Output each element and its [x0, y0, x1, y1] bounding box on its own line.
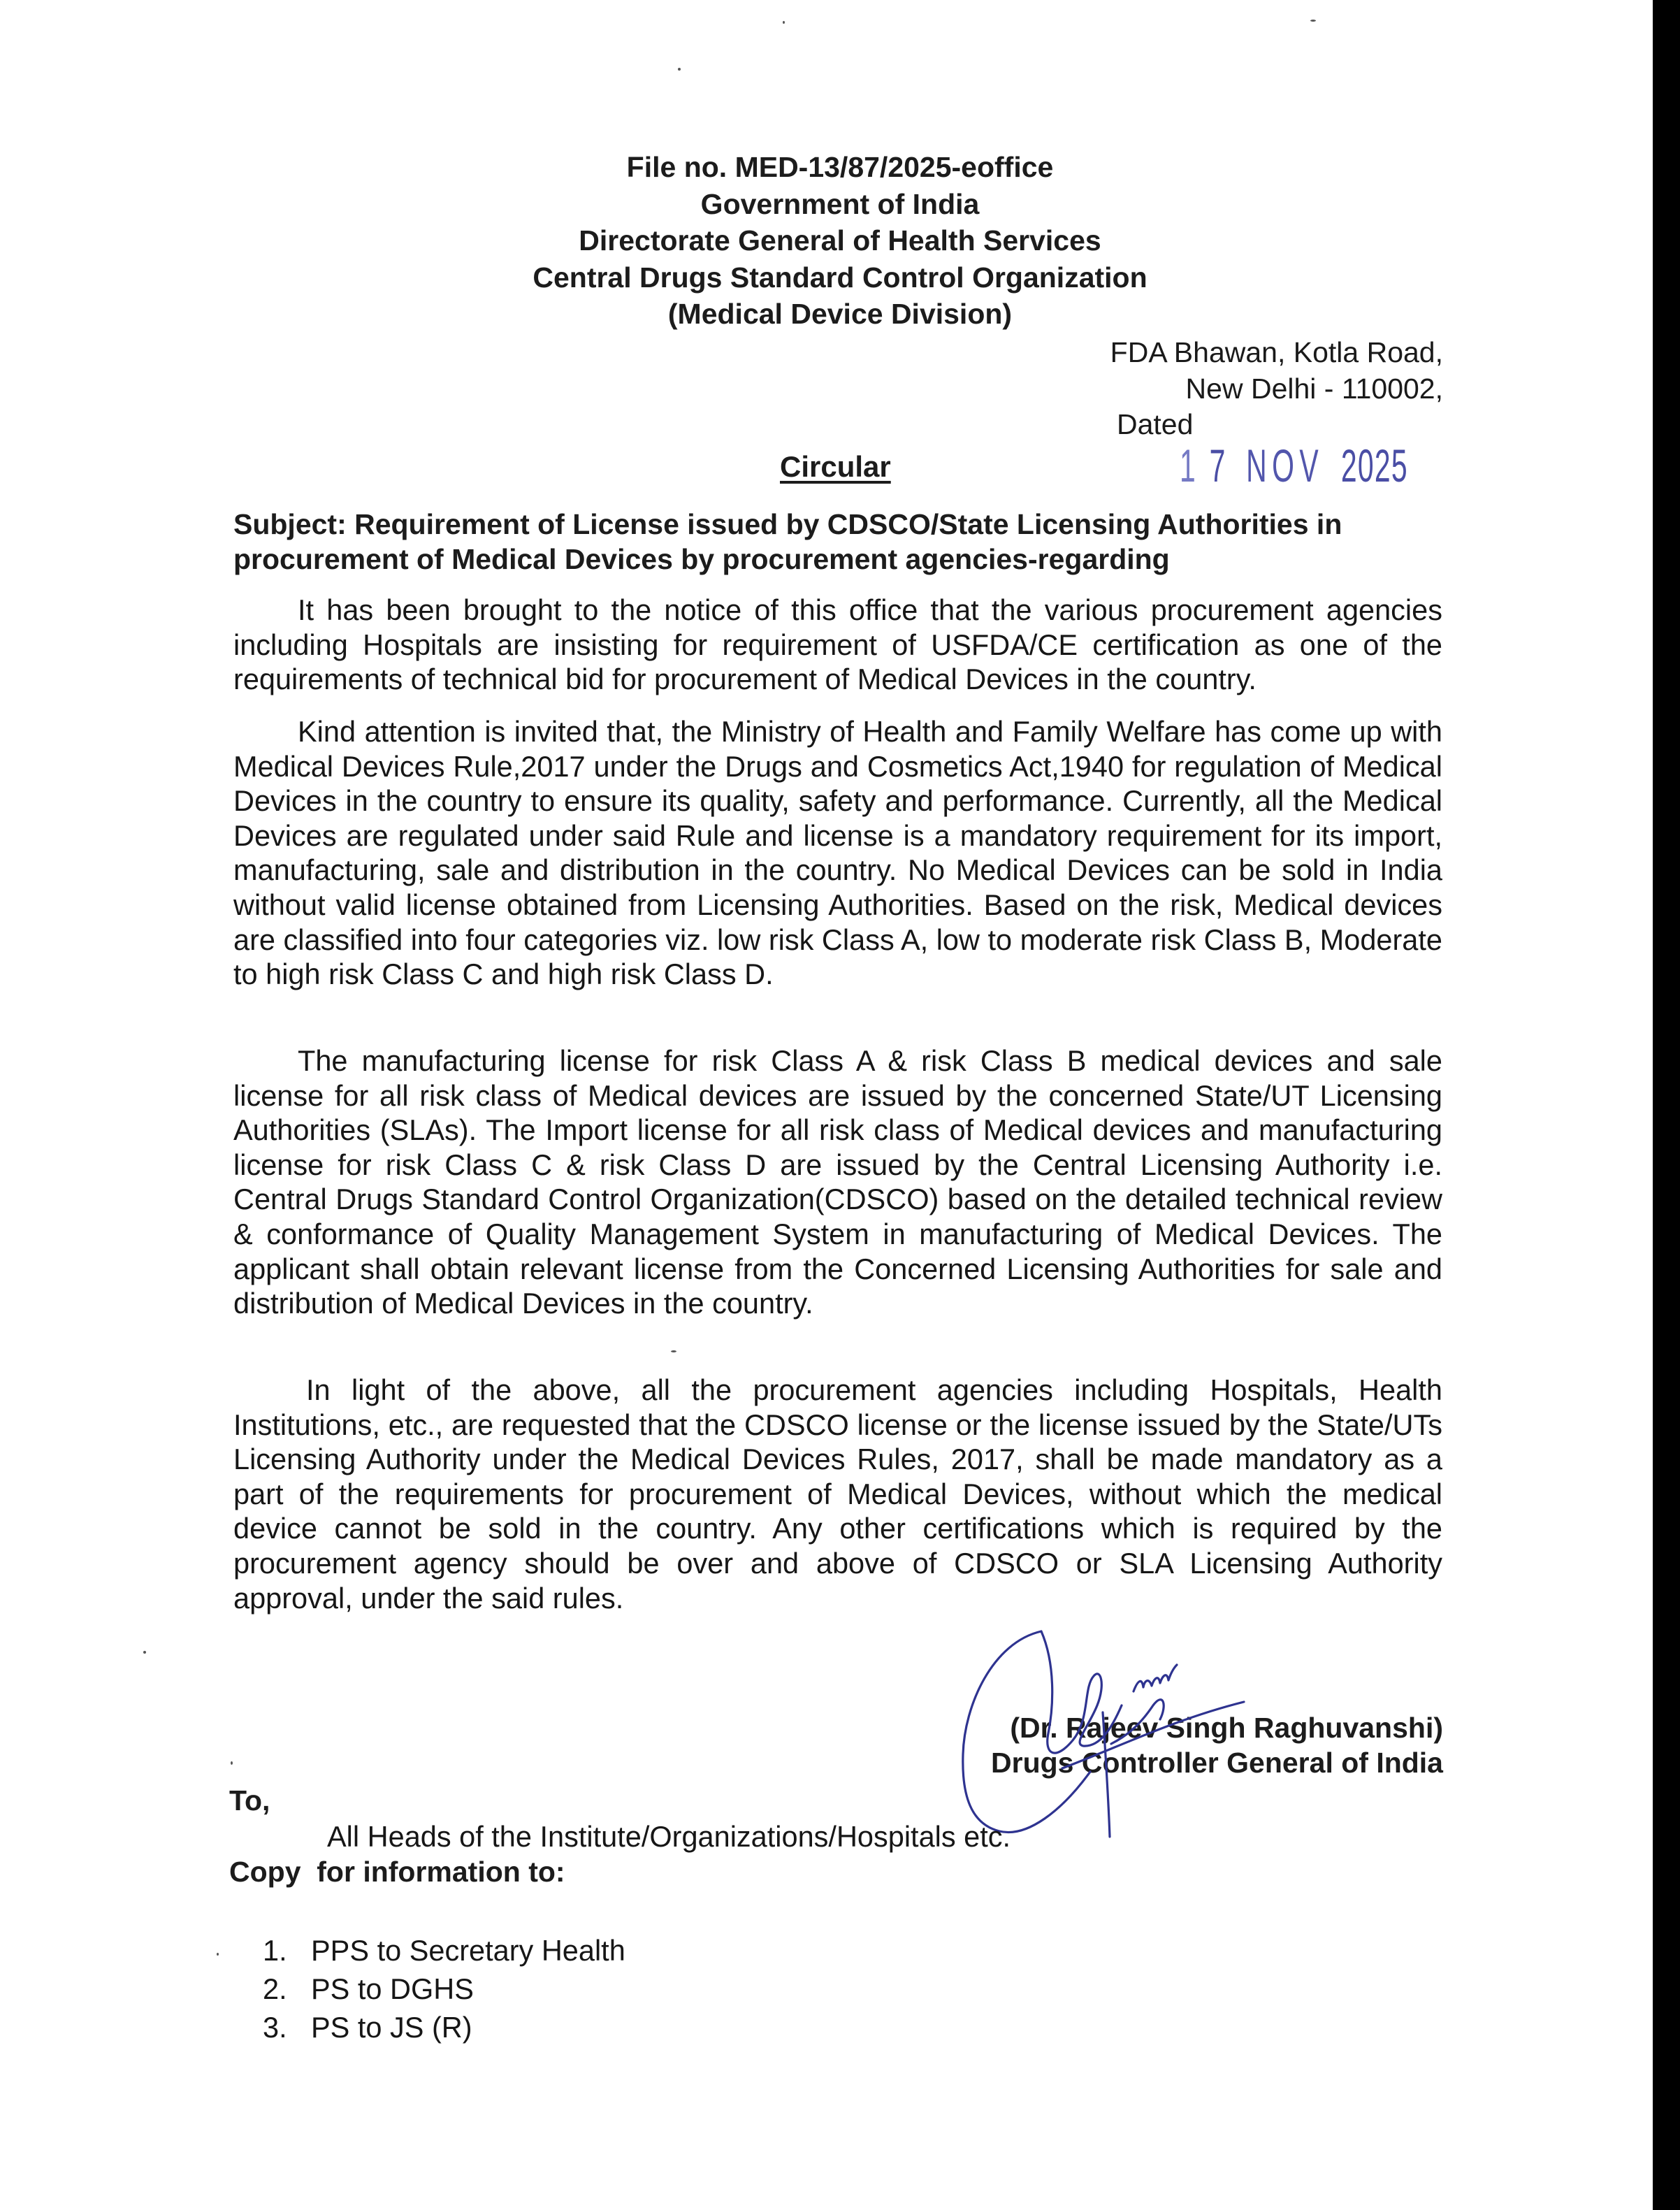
signatory-name: (Dr. Rajeev Singh Raghuvanshi) [991, 1710, 1443, 1745]
paragraph-2: Kind attention is invited that, the Mini… [233, 714, 1442, 992]
list-item: 3.PS to JS (R) [263, 2008, 625, 2046]
stamp-day-digit-1: 1 [1180, 440, 1196, 491]
list-item-text: PS to JS (R) [311, 2011, 472, 2044]
paragraph-3: The manufacturing license for risk Class… [233, 1043, 1442, 1321]
list-item: 1.PPS to Secretary Health [263, 1931, 625, 1970]
to-label: To, [229, 1784, 270, 1817]
government-name: Government of India [0, 186, 1680, 223]
stamp-year: 2025 [1341, 440, 1408, 491]
subject-line: Subject: Requirement of License issued b… [233, 507, 1442, 577]
division-name: (Medical Device Division) [0, 296, 1680, 333]
file-number: File no. MED-13/87/2025-eoffice [0, 149, 1680, 186]
paragraph-1: It has been brought to the notice of thi… [233, 593, 1442, 697]
signatory-designation: Drugs Controller General of India [991, 1745, 1443, 1780]
list-item-text: PPS to Secretary Health [311, 1934, 625, 1967]
document-type-heading: Circular [780, 450, 891, 484]
scan-speck [143, 1651, 146, 1654]
list-item: 2.PS to DGHS [263, 1970, 625, 2008]
scan-speck [231, 1761, 233, 1765]
scan-speck [783, 21, 785, 24]
office-address: FDA Bhawan, Kotla Road, New Delhi - 1100… [1110, 334, 1443, 407]
scan-speck [217, 1953, 219, 1956]
letterhead: File no. MED-13/87/2025-eoffice Governme… [0, 149, 1680, 333]
address-line-2: New Delhi - 110002, [1110, 370, 1443, 407]
dated-label: Dated [1117, 408, 1193, 441]
list-item-number: 3. [263, 2008, 311, 2046]
copy-recipients-list: 1.PPS to Secretary Health 2.PS to DGHS 3… [263, 1931, 625, 2046]
list-item-number: 2. [263, 1970, 311, 2008]
directorate-name: Directorate General of Health Services [0, 222, 1680, 259]
document-page: File no. MED-13/87/2025-eoffice Governme… [0, 0, 1653, 2210]
scan-speck [678, 68, 681, 71]
paragraph-4: In light of the above, all the procureme… [233, 1373, 1442, 1615]
to-recipient: All Heads of the Institute/Organizations… [327, 1820, 1011, 1854]
scan-speck [671, 1350, 676, 1352]
list-item-number: 1. [263, 1931, 311, 1970]
organization-name: Central Drugs Standard Control Organizat… [0, 259, 1680, 296]
copy-label: Copy for information to: [229, 1856, 565, 1888]
scan-speck [1310, 20, 1316, 22]
stamp-month: NOV [1246, 440, 1324, 491]
date-stamp: 17NOV2025 [1180, 439, 1408, 492]
address-line-1: FDA Bhawan, Kotla Road, [1110, 334, 1443, 370]
stamp-day-digit-2: 7 [1210, 440, 1226, 491]
signatory-block: (Dr. Rajeev Singh Raghuvanshi) Drugs Con… [991, 1710, 1443, 1780]
list-item-text: PS to DGHS [311, 1972, 474, 2005]
